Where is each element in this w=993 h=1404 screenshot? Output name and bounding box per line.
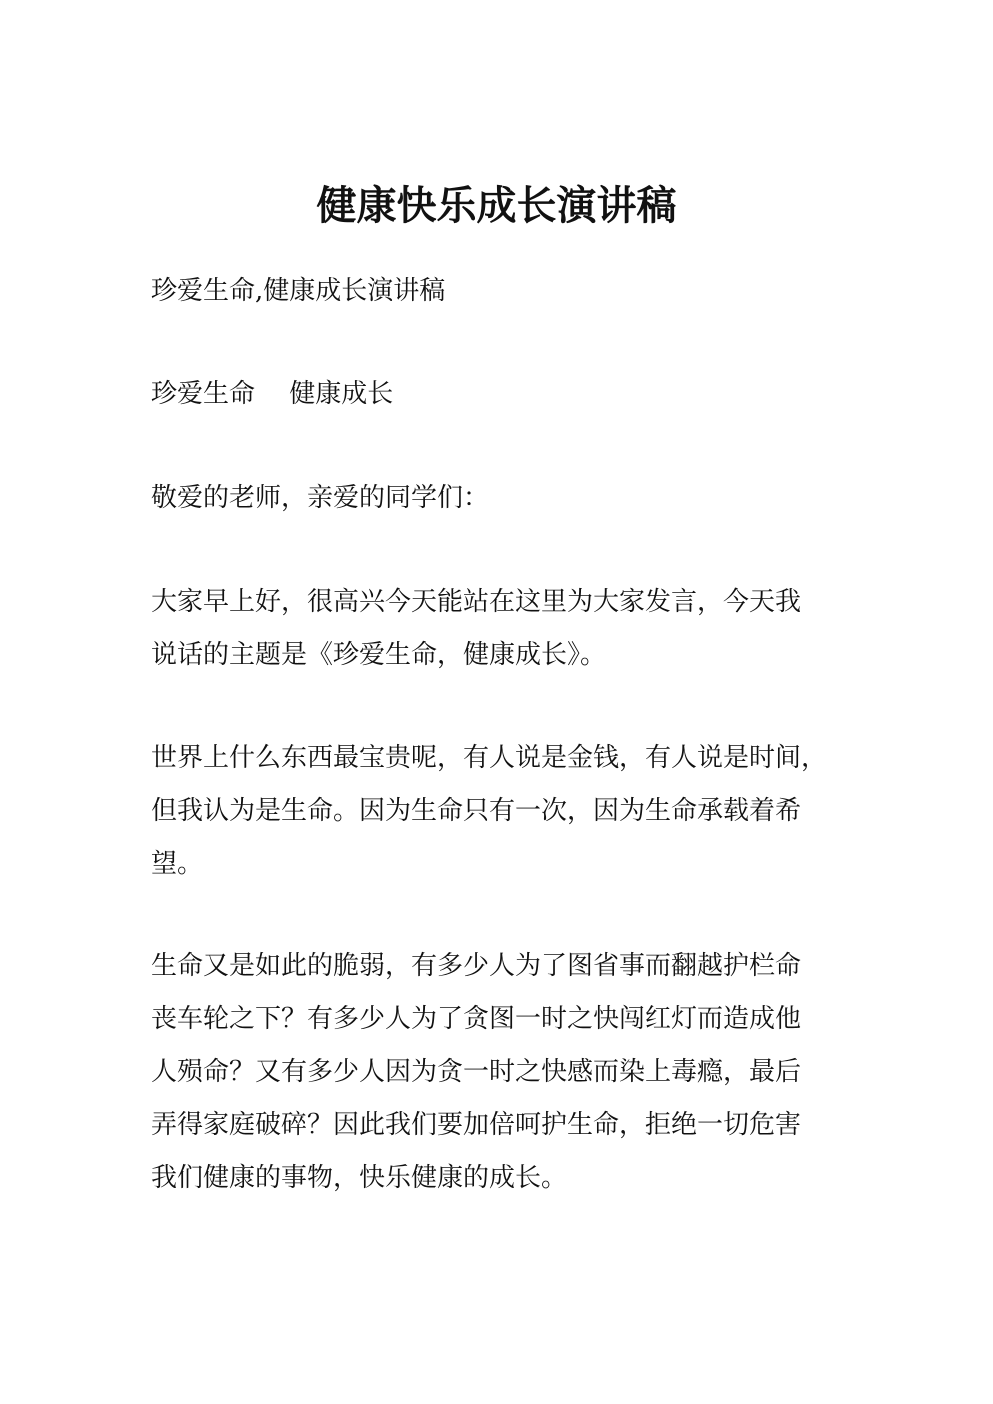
text-line: 敬爱的老师，亲爱的同学们： [151, 472, 841, 525]
text-line: 说话的主题是《珍爱生命，健康成长》。 [151, 629, 841, 682]
body-paragraph-1: 大家早上好，很高兴今天能站在这里为大家发言，今天我 说话的主题是《珍爱生命，健康… [151, 576, 841, 682]
text-line: 丧车轮之下？有多少人为了贪图一时之快闯红灯而造成他 [151, 993, 841, 1046]
text-line: 但我认为是生命。因为生命只有一次，因为生命承载着希 [151, 785, 841, 838]
document-title: 健康快乐成长演讲稿 [0, 178, 993, 234]
body-paragraph-3: 生命又是如此的脆弱，有多少人为了图省事而翻越护栏命 丧车轮之下？有多少人为了贪图… [151, 940, 841, 1205]
text-line: 望。 [151, 838, 841, 891]
text-line: 人殒命？又有多少人因为贪一时之快感而染上毒瘾，最后 [151, 1046, 841, 1099]
text-line: 我们健康的事物，快乐健康的成长。 [151, 1152, 841, 1205]
text-line: 珍爱生命 健康成长 [151, 368, 841, 421]
text-line: 弄得家庭破碎？因此我们要加倍呵护生命，拒绝一切危害 [151, 1099, 841, 1152]
greeting-paragraph: 敬爱的老师，亲爱的同学们： [151, 472, 841, 525]
text-line: 珍爱生命,健康成长演讲稿 [151, 265, 841, 318]
text-line: 世界上什么东西最宝贵呢，有人说是金钱，有人说是时间， [151, 732, 841, 785]
body-paragraph-2: 世界上什么东西最宝贵呢，有人说是金钱，有人说是时间， 但我认为是生命。因为生命只… [151, 732, 841, 891]
subtitle-paragraph: 珍爱生命,健康成长演讲稿 [151, 265, 841, 318]
heading-paragraph: 珍爱生命 健康成长 [151, 368, 841, 421]
text-line: 大家早上好，很高兴今天能站在这里为大家发言，今天我 [151, 576, 841, 629]
text-line: 生命又是如此的脆弱，有多少人为了图省事而翻越护栏命 [151, 940, 841, 993]
